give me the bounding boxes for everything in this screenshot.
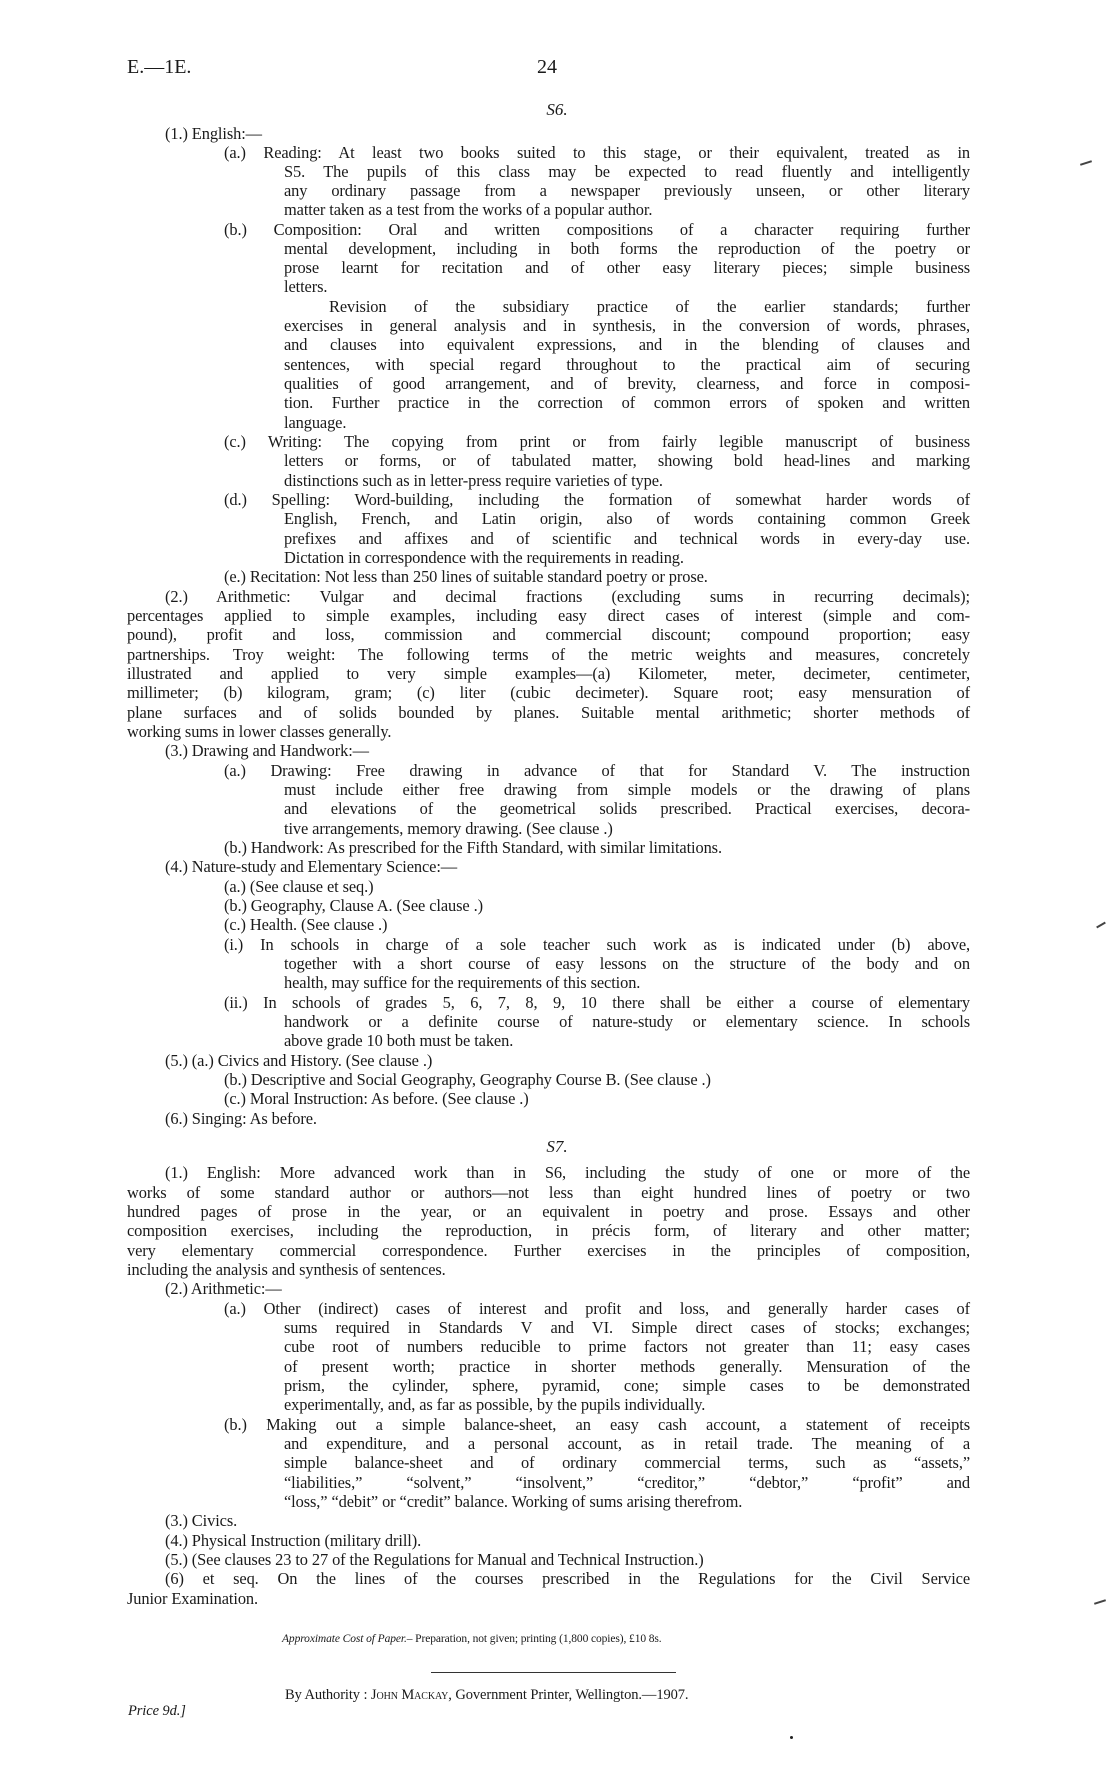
text-line: (a.) Reading: At least two books suited … [224, 143, 970, 162]
text-line: (3.) Civics. [165, 1511, 237, 1530]
text-line: (ii.) In schools of grades 5, 6, 7, 8, 9… [224, 993, 970, 1012]
text-line: (2.) Arithmetic:— [165, 1279, 282, 1298]
text-line: hundred pages of prose in the year, or a… [127, 1202, 970, 1221]
text-line: letters. [284, 277, 327, 296]
footer-rule [431, 1672, 676, 1673]
text-line: language. [284, 413, 346, 432]
text-line: sentences, with special regard throughou… [284, 355, 970, 374]
text-line: works of some standard author or authors… [127, 1183, 970, 1202]
text-line: very elementary commercial correspondenc… [127, 1241, 970, 1260]
text-line: tive arrangements, memory drawing. (See … [284, 819, 613, 838]
text-line: (3.) Drawing and Handwork:— [165, 741, 369, 760]
price-note: Price 9d.] [128, 1702, 186, 1721]
text-line: (6) et seq. On the lines of the courses … [165, 1569, 970, 1588]
text-line: prism, the cylinder, sphere, pyramid, co… [284, 1376, 970, 1395]
scan-artifact [1094, 1599, 1106, 1605]
text-line: (c.) Health. (See clause .) [224, 915, 387, 934]
text-line: S5. The pupils of this class may be expe… [284, 162, 970, 181]
printer-imprint: By Authority : John Mackay, Government P… [285, 1686, 688, 1705]
text-line: cube root of numbers reducible to prime … [284, 1337, 970, 1356]
cost-note: Approximate Cost of Paper.– Preparation,… [282, 1630, 662, 1649]
printer-name: John Mackay [371, 1687, 448, 1703]
text-line: letters or forms, or of tabulated matter… [284, 451, 970, 470]
text-line: (a.) Drawing: Free drawing in advance of… [224, 761, 970, 780]
text-line: experimentally, and, as far as possible,… [284, 1395, 705, 1414]
text-line: exercises in general analysis and in syn… [284, 316, 970, 335]
text-line: mental development, including in both fo… [284, 239, 970, 258]
text-line: (b.) Handwork: As prescribed for the Fif… [224, 838, 722, 857]
text-line: and expenditure, and a personal account,… [284, 1434, 970, 1453]
text-line: and elevations of the geometrical solids… [284, 799, 970, 818]
document-code: E.—1E. [127, 56, 191, 79]
text-line: sums required in Standards V and VI. Sim… [284, 1318, 970, 1337]
scan-artifact [790, 1736, 793, 1739]
scan-artifact [1080, 160, 1092, 166]
text-line: together with a short course of easy les… [284, 954, 970, 973]
text-line: (a.) Other (indirect) cases of interest … [224, 1299, 970, 1318]
text-line: (a.) (See clause et seq.) [224, 877, 374, 896]
text-line: distinctions such as in letter-press req… [284, 471, 663, 490]
text-line: working sums in lower classes generally. [127, 722, 391, 741]
text-line: (i.) In schools in charge of a sole teac… [224, 935, 970, 954]
section-title-s6: S6. [0, 100, 1114, 120]
text-line: “loss,” “debit” or “credit” balance. Wor… [284, 1492, 742, 1511]
text-line: (5.) (a.) Civics and History. (See claus… [165, 1051, 432, 1070]
text-line: pound), profit and loss, commission and … [127, 625, 970, 644]
text-line: Dictation in correspondence with the req… [284, 548, 684, 567]
text-line: prose learnt for recitation and of other… [284, 258, 970, 277]
text-line: composition exercises, including the rep… [127, 1221, 970, 1240]
text-line: and clauses into equivalent expressions,… [284, 335, 970, 354]
text-line: (b.) Composition: Oral and written compo… [224, 220, 970, 239]
text-line: (1.) English:— [165, 124, 262, 143]
text-line: tion. Further practice in the correction… [284, 393, 970, 412]
cost-label: Approximate Cost of Paper. [282, 1633, 407, 1645]
text-line: Junior Examination. [127, 1589, 258, 1608]
text-line: (6.) Singing: As before. [165, 1109, 317, 1128]
scan-artifact [1096, 922, 1106, 929]
text-line: (b.) Descriptive and Social Geography, G… [224, 1070, 711, 1089]
text-line: millimeter; (b) kilogram, gram; (c) lite… [127, 683, 970, 702]
text-line: including the analysis and synthesis of … [127, 1260, 446, 1279]
text-line: (4.) Physical Instruction (military dril… [165, 1531, 421, 1550]
text-line: (e.) Recitation: Not less than 250 lines… [224, 567, 708, 586]
text-line: any ordinary passage from a newspaper pr… [284, 181, 970, 200]
section-title-s7: S7. [0, 1137, 1114, 1157]
text-line: must include either free drawing from si… [284, 780, 970, 799]
text-line: (b.) Geography, Clause A. (See clause .) [224, 896, 483, 915]
authority-suffix: , Government Printer, Wellington.—1907. [448, 1687, 688, 1703]
text-line: “liabilities,” “solvent,” “insolvent,” “… [284, 1473, 970, 1492]
text-line: qualities of good arrangement, and of br… [284, 374, 970, 393]
text-line: (2.) Arithmetic: Vulgar and decimal frac… [165, 587, 970, 606]
text-line: percentages applied to simple examples, … [127, 606, 970, 625]
text-line: (1.) English: More advanced work than in… [165, 1163, 970, 1182]
text-line: Revision of the subsidiary practice of t… [329, 297, 970, 316]
text-line: (b.) Making out a simple balance-sheet, … [224, 1415, 970, 1434]
text-line: illustrated and applied to very simple e… [127, 664, 970, 683]
text-line: (c.) Moral Instruction: As before. (See … [224, 1089, 529, 1108]
text-line: simple balance-sheet and of ordinary com… [284, 1453, 970, 1472]
text-line: above grade 10 both must be taken. [284, 1031, 513, 1050]
text-line: partnerships. Troy weight: The following… [127, 645, 970, 664]
text-line: (c.) Writing: The copying from print or … [224, 432, 970, 451]
authority-prefix: By Authority : [285, 1687, 367, 1703]
text-line: health, may suffice for the requirements… [284, 973, 640, 992]
text-line: matter taken as a test from the works of… [284, 200, 652, 219]
text-line: plane surfaces and of solids bounded by … [127, 703, 970, 722]
text-line: (5.) (See clauses 23 to 27 of the Regula… [165, 1550, 704, 1569]
text-line: (4.) Nature-study and Elementary Science… [165, 857, 457, 876]
cost-text: – Preparation, not given; printing (1,80… [407, 1633, 662, 1645]
text-line: (d.) Spelling: Word-building, including … [224, 490, 970, 509]
text-line: English, French, and Latin origin, also … [284, 509, 970, 528]
text-line: prefixes and affixes and of scientific a… [284, 529, 970, 548]
text-line: of present worth; practice in shorter me… [284, 1357, 970, 1376]
page-number: 24 [537, 56, 557, 79]
text-line: handwork or a definite course of nature-… [284, 1012, 970, 1031]
